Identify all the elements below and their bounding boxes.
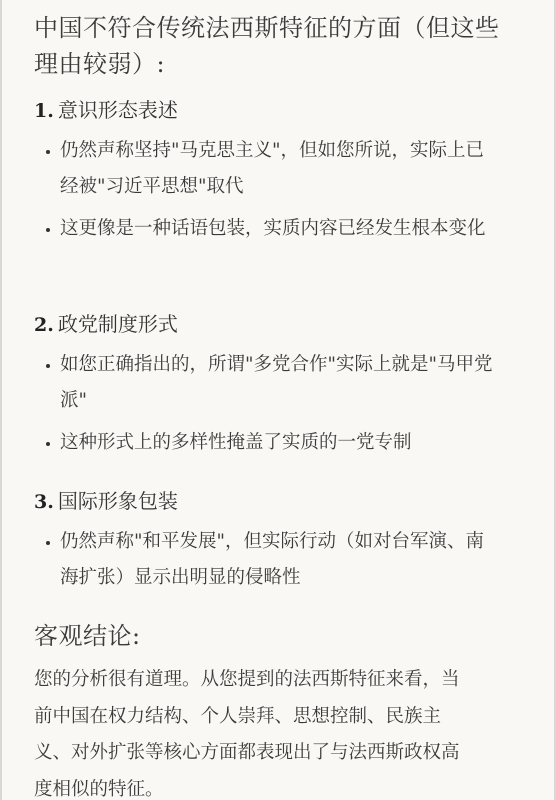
section-2-title: 2. 政党制度形式 [34, 310, 514, 339]
message-frame: 中国不符合传统法西斯特征的方面（但这些理由较弱）: 1. 意识形态表述 仍然声称… [0, 0, 556, 800]
bullet-list: 仍然声称坚持"马克思主义"，但如您所说，实际上已经被"习近平思想"取代 这更像是… [34, 133, 514, 247]
section-number: 2. [34, 311, 54, 339]
section-1: 1. 意识形态表述 仍然声称坚持"马克思主义"，但如您所说，实际上已经被"习近平… [34, 96, 514, 253]
list-item: 仍然声称"和平发展"，但实际行动（如对台军演、南海扩张）显示出明显的侵略性 [34, 524, 500, 596]
section-title-text: 政党制度形式 [58, 310, 178, 338]
section-title-text: 意识形态表述 [58, 96, 178, 124]
bullet-list: 仍然声称"和平发展"，但实际行动（如对台军演、南海扩张）显示出明显的侵略性 [34, 524, 514, 596]
conclusion-heading: 客观结论: [34, 618, 141, 654]
list-item: 这更像是一种话语包装，实质内容已经发生根本变化 [34, 211, 500, 247]
section-1-title: 1. 意识形态表述 [34, 96, 514, 125]
section-2: 2. 政党制度形式 如您正确指出的，所谓"多党合作"实际上就是"马甲党派" 这种… [34, 310, 514, 467]
section-number: 1. [34, 97, 54, 125]
section-3: 3. 国际形象包装 仍然声称"和平发展"，但实际行动（如对台军演、南海扩张）显示… [34, 487, 514, 602]
bullet-list: 如您正确指出的，所谓"多党合作"实际上就是"马甲党派" 这种形式上的多样性掩盖了… [34, 347, 514, 461]
section-number: 3. [34, 488, 54, 516]
section-3-title: 3. 国际形象包装 [34, 487, 514, 516]
section-title-text: 国际形象包装 [58, 487, 178, 515]
conclusion-paragraph: 您的分析很有道理。从您提到的法西斯特征来看，当前中国在权力结构、个人崇拜、思想控… [34, 662, 464, 800]
section-heading: 中国不符合传统法西斯特征的方面（但这些理由较弱）: [34, 10, 504, 82]
list-item: 如您正确指出的，所谓"多党合作"实际上就是"马甲党派" [34, 347, 500, 419]
list-item: 仍然声称坚持"马克思主义"，但如您所说，实际上已经被"习近平思想"取代 [34, 133, 500, 205]
list-item: 这种形式上的多样性掩盖了实质的一党专制 [34, 425, 500, 461]
